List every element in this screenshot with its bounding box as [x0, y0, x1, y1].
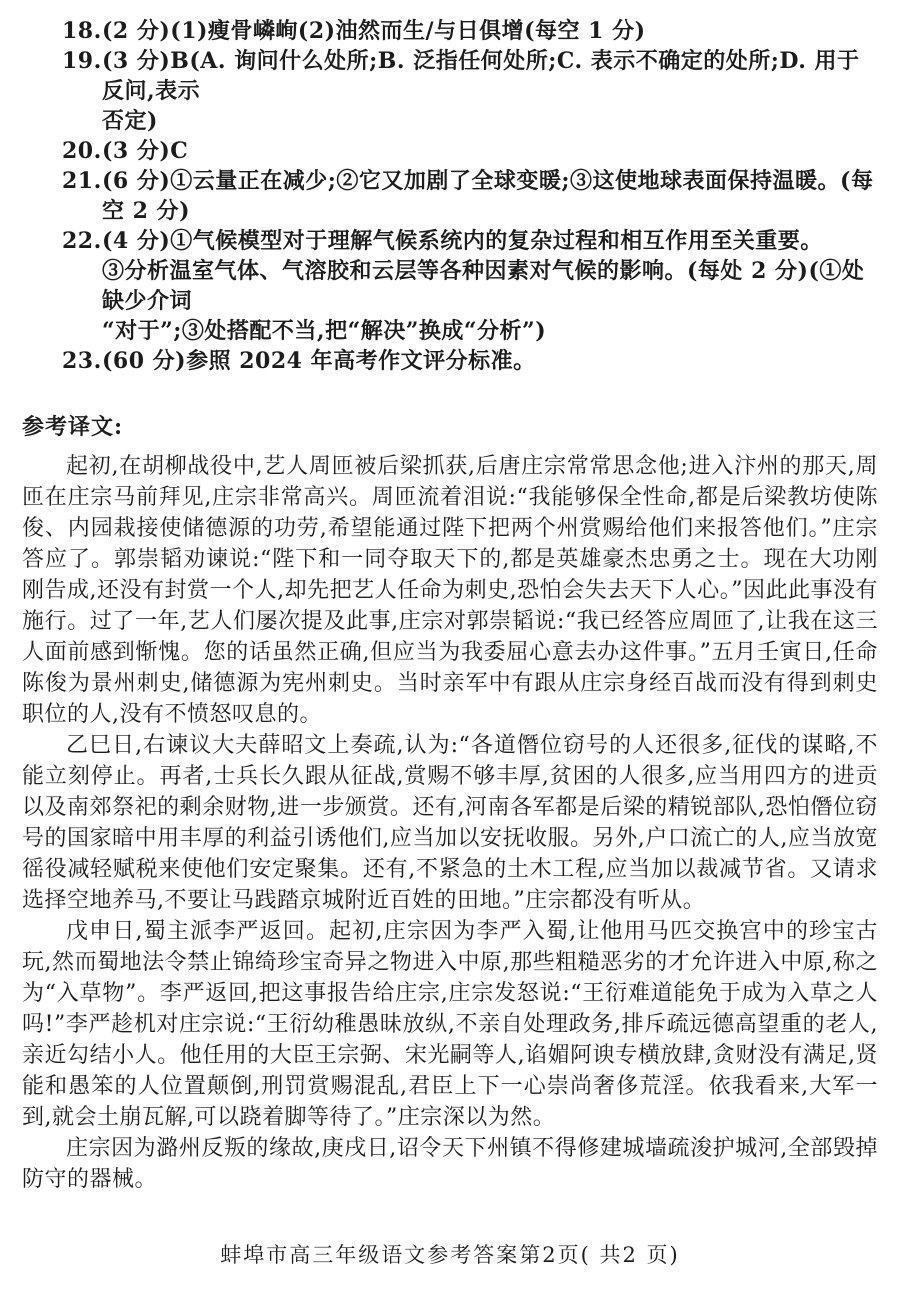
answer-item-21: 21. (6 分)①云量正在减少;②它又加剧了全球变暖;③这使地球表面保持温暖。…	[62, 166, 878, 226]
answer-number: 23.	[62, 346, 100, 376]
translation-section: 起初,在胡柳战役中,艺人周匝被后梁抓获,后唐庄宗常常思念他;进入汴州的那天,周匝…	[22, 451, 878, 1195]
answer-text: (60 分)参照 2024 年高考作文评分标准。	[102, 346, 878, 376]
answer-content: (6 分)①云量正在减少;②它又加剧了全球变暖;③这使地球表面保持温暖。(每空 …	[102, 166, 878, 226]
answer-content: (2 分)(1)瘦骨嶙峋(2)油然而生/与日俱增(每空 1 分)	[102, 16, 878, 46]
translation-paragraph-3: 戊申日,蜀主派李严返回。起初,庄宗因为李严入蜀,让他用马匹交换宫中的珍宝古玩,然…	[22, 916, 878, 1133]
answer-text: (3 分)B(A. 询问什么处所;B. 泛指任何处所;C. 表示不确定的处所;D…	[102, 46, 878, 106]
document-page: 18. (2 分)(1)瘦骨嶙峋(2)油然而生/与日俱增(每空 1 分) 19.…	[0, 0, 900, 1291]
answers-section: 18. (2 分)(1)瘦骨嶙峋(2)油然而生/与日俱增(每空 1 分) 19.…	[62, 16, 878, 376]
answer-text: ③分析温室气体、气溶胶和云层等各种因素对气候的影响。(每处 2 分)(①处缺少介…	[102, 256, 878, 316]
answer-item-18: 18. (2 分)(1)瘦骨嶙峋(2)油然而生/与日俱增(每空 1 分)	[62, 16, 878, 46]
answer-number: 19.	[62, 46, 100, 76]
answer-text: (2 分)(1)瘦骨嶙峋(2)油然而生/与日俱增(每空 1 分)	[102, 16, 878, 46]
answer-number: 21.	[62, 166, 100, 196]
answer-content: (3 分)C	[102, 136, 878, 166]
translation-paragraph-2: 乙巳日,右谏议大夫薛昭文上奏疏,认为:“各道僭位窃号的人还很多,征伐的谋略,不能…	[22, 730, 878, 916]
answer-number: 22.	[62, 226, 100, 256]
page-footer: 蚌埠市高三年级语文参考答案第2页( 共2 页)	[0, 1239, 900, 1269]
answer-content: (4 分)①气候模型对于理解气候系统内的复杂过程和相互作用至关重要。 ③分析温室…	[102, 226, 878, 346]
translation-paragraph-4: 庄宗因为潞州反叛的缘故,庚戌日,诏令天下州镇不得修建城墙疏浚护城河,全部毁掉防守…	[22, 1133, 878, 1195]
answer-text: 否定)	[102, 106, 878, 136]
answer-number: 20.	[62, 136, 100, 166]
translation-heading: 参考译文:	[22, 412, 878, 443]
answer-text: (4 分)①气候模型对于理解气候系统内的复杂过程和相互作用至关重要。	[102, 226, 878, 256]
answer-number: 18.	[62, 16, 100, 46]
answer-text: (6 分)①云量正在减少;②它又加剧了全球变暖;③这使地球表面保持温暖。(每空 …	[102, 166, 878, 226]
answer-item-19: 19. (3 分)B(A. 询问什么处所;B. 泛指任何处所;C. 表示不确定的…	[62, 46, 878, 136]
answer-item-23: 23. (60 分)参照 2024 年高考作文评分标准。	[62, 346, 878, 376]
answer-item-22: 22. (4 分)①气候模型对于理解气候系统内的复杂过程和相互作用至关重要。 ③…	[62, 226, 878, 346]
translation-paragraph-1: 起初,在胡柳战役中,艺人周匝被后梁抓获,后唐庄宗常常思念他;进入汴州的那天,周匝…	[22, 451, 878, 730]
answer-text: (3 分)C	[102, 136, 878, 166]
answer-content: (60 分)参照 2024 年高考作文评分标准。	[102, 346, 878, 376]
answer-item-20: 20. (3 分)C	[62, 136, 878, 166]
answer-content: (3 分)B(A. 询问什么处所;B. 泛指任何处所;C. 表示不确定的处所;D…	[102, 46, 878, 136]
answer-text: “对于”;③处搭配不当,把“解决”换成“分析”)	[102, 316, 878, 346]
